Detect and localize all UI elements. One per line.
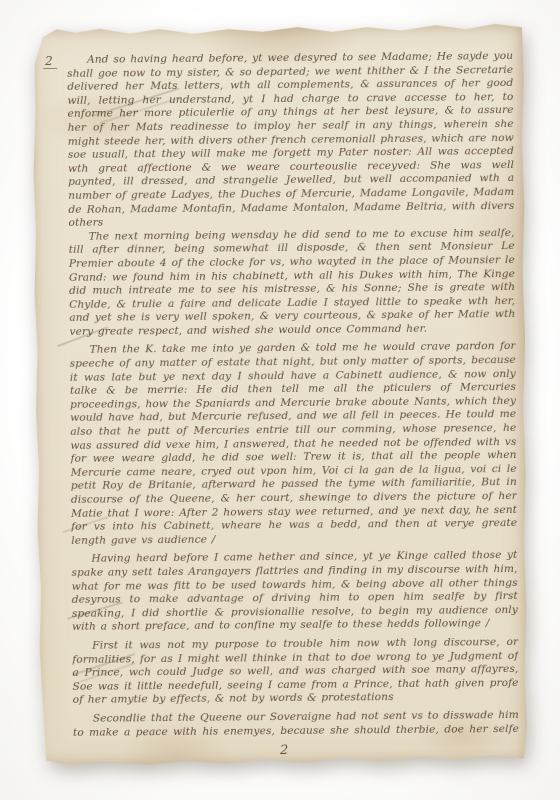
handwritten-text: And so having heard before, yt wee desyr… [67,50,519,740]
paragraph-audience-plan: Having heard before I came hether and si… [71,549,518,634]
paragraph-first-point: 1 First it was not my purpose to trouble… [72,636,519,708]
folio-number: 2 [43,54,57,69]
photograph-backdrop: 2 And so having heard before, yt wee des… [0,0,560,800]
paragraph-first-point-text: First it was not my purpose to trouble h… [72,636,518,706]
paragraph-next-morning: The next morning being wensday he did se… [69,227,516,340]
manuscript-page: 2 And so having heard before, yt wee des… [31,20,531,768]
paragraph-second-point: 2 Secondlie that the Queene our Soveraig… [73,709,519,740]
page-number: 2 [37,741,531,760]
paragraph-madame-visit: And so having heard before, yt wee desyr… [67,50,515,231]
paragraph-second-point-text: Secondlie that the Queene our Soveraigne… [73,709,519,740]
paper-sheet: 2 And so having heard before, yt wee des… [31,20,531,768]
paragraph-garden-talk: Then the K. take me into ye garden & tol… [70,340,518,548]
